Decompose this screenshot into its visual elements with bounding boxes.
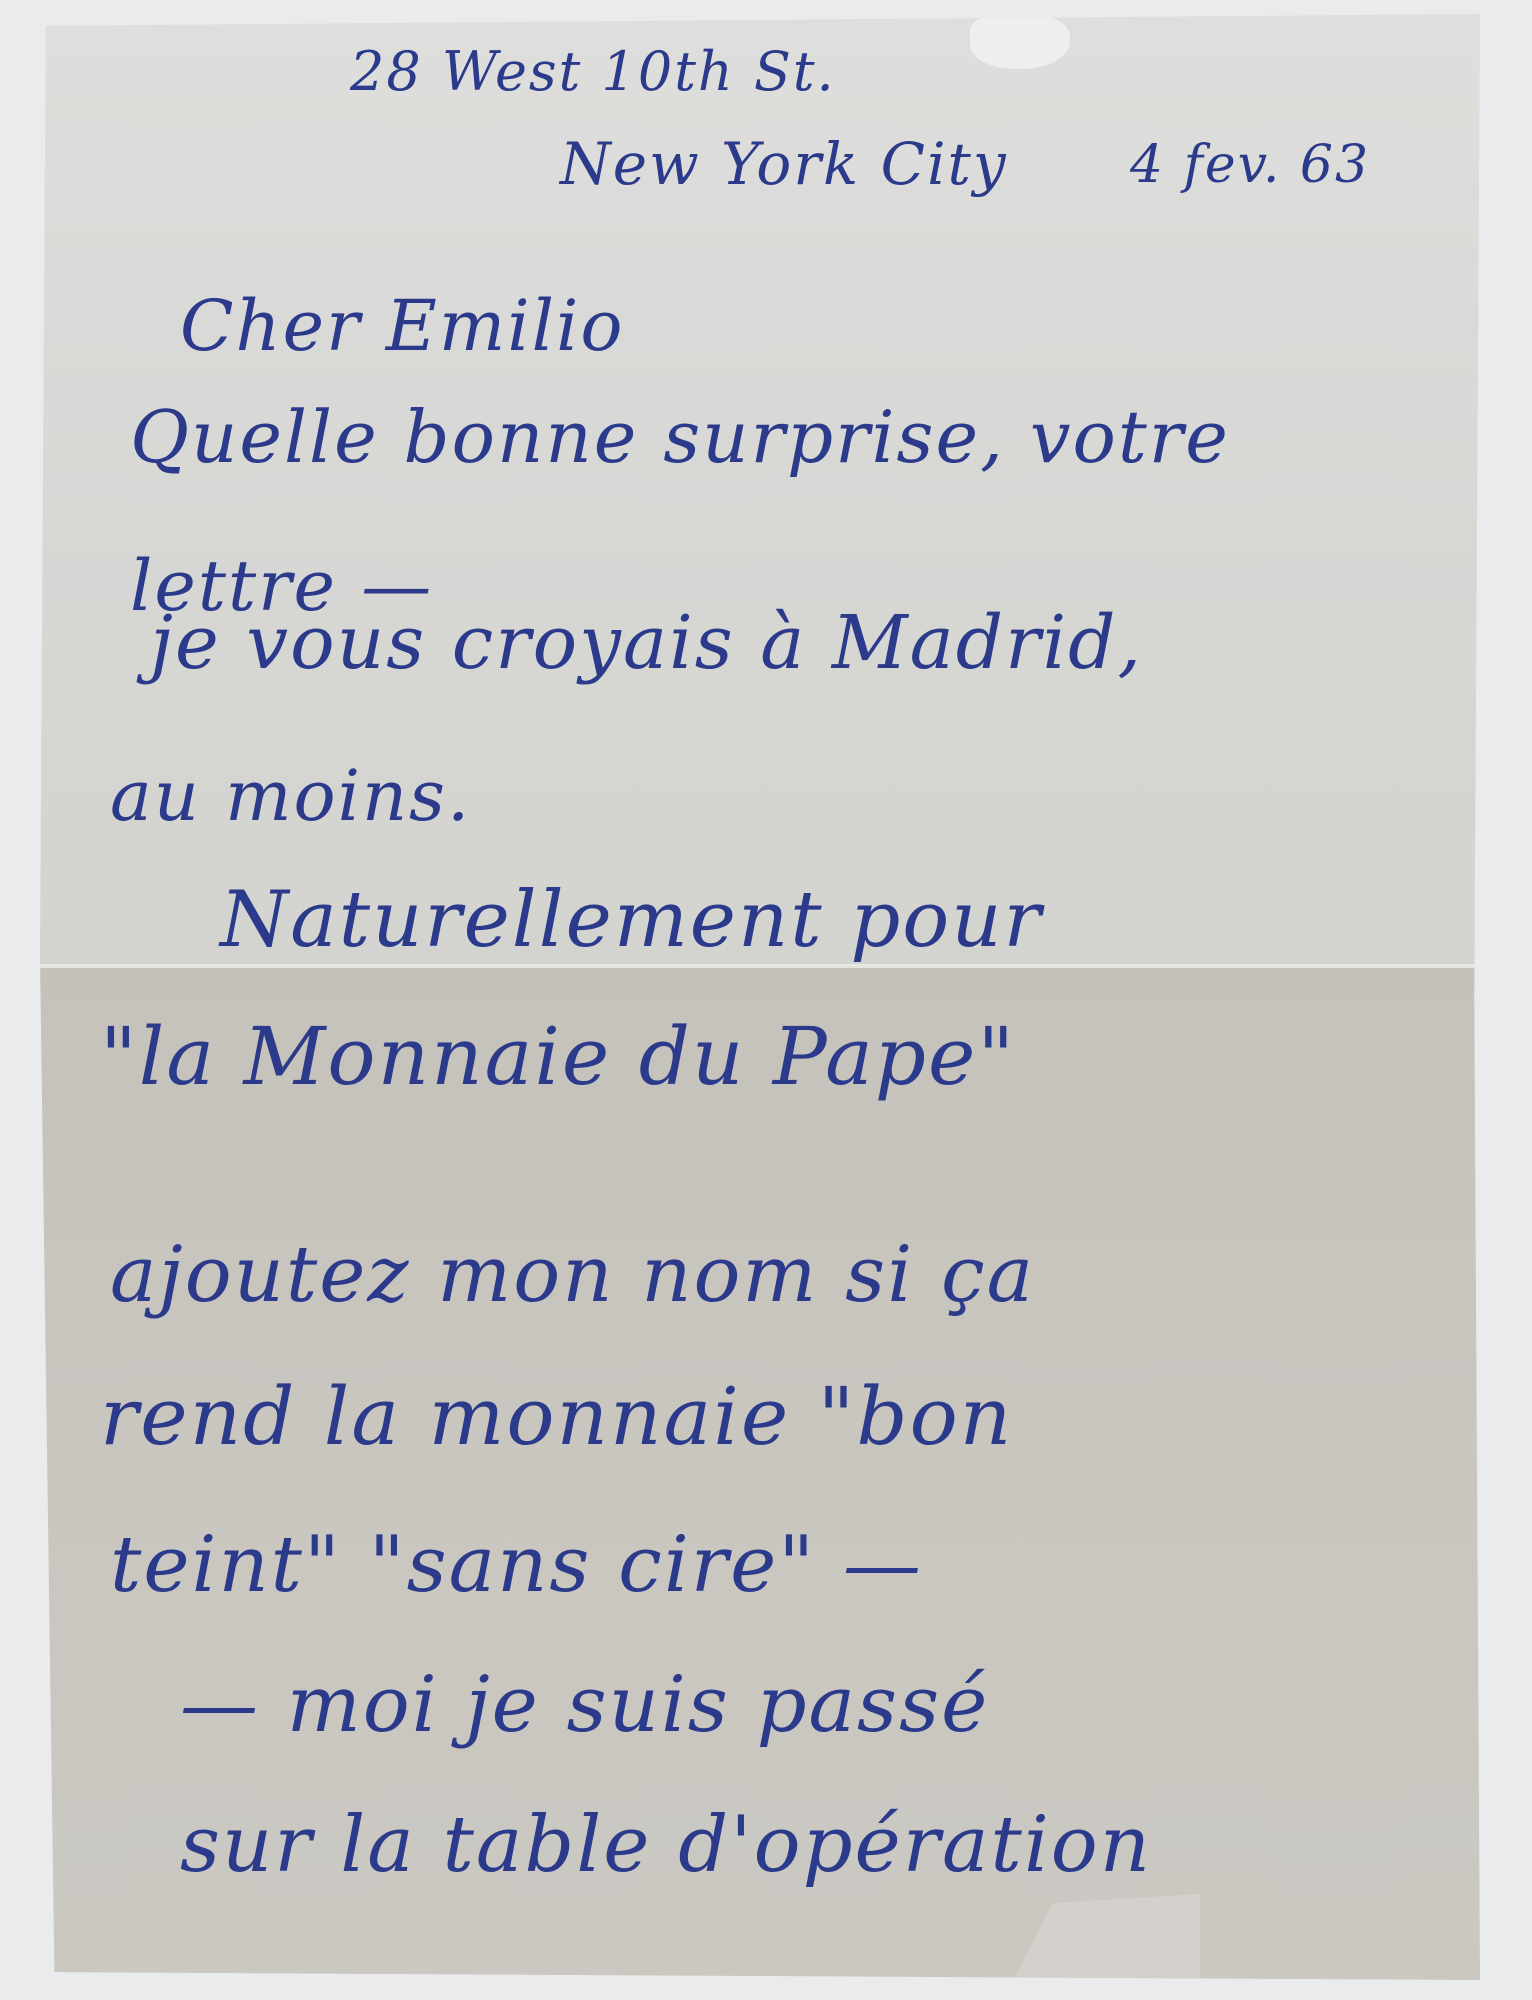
address-line-1: 28 West 10th St. (350, 40, 836, 103)
body-line: "la Monnaie du Pape" (100, 1010, 1016, 1103)
torn-top-edge (970, 14, 1070, 69)
body-line: ajoutez mon nom si ça (110, 1230, 1035, 1320)
body-line: Quelle bonne surprise, votre (130, 395, 1230, 479)
body-line: — moi je suis passé (180, 1660, 989, 1750)
body-line: au moins. (110, 755, 471, 837)
body-line: Naturellement pour (220, 875, 1043, 965)
body-line: teint" "sans cire" — (110, 1520, 923, 1610)
salutation: Cher Emilio (180, 285, 625, 367)
body-line: je vous croyais à Madrid, (150, 600, 1143, 686)
address-line-2: New York City (560, 130, 1008, 198)
body-line: sur la table d'opération (180, 1800, 1152, 1890)
letter-date: 4 fev. 63 (1130, 135, 1370, 195)
body-line: rend la monnaie "bon (100, 1370, 1013, 1463)
